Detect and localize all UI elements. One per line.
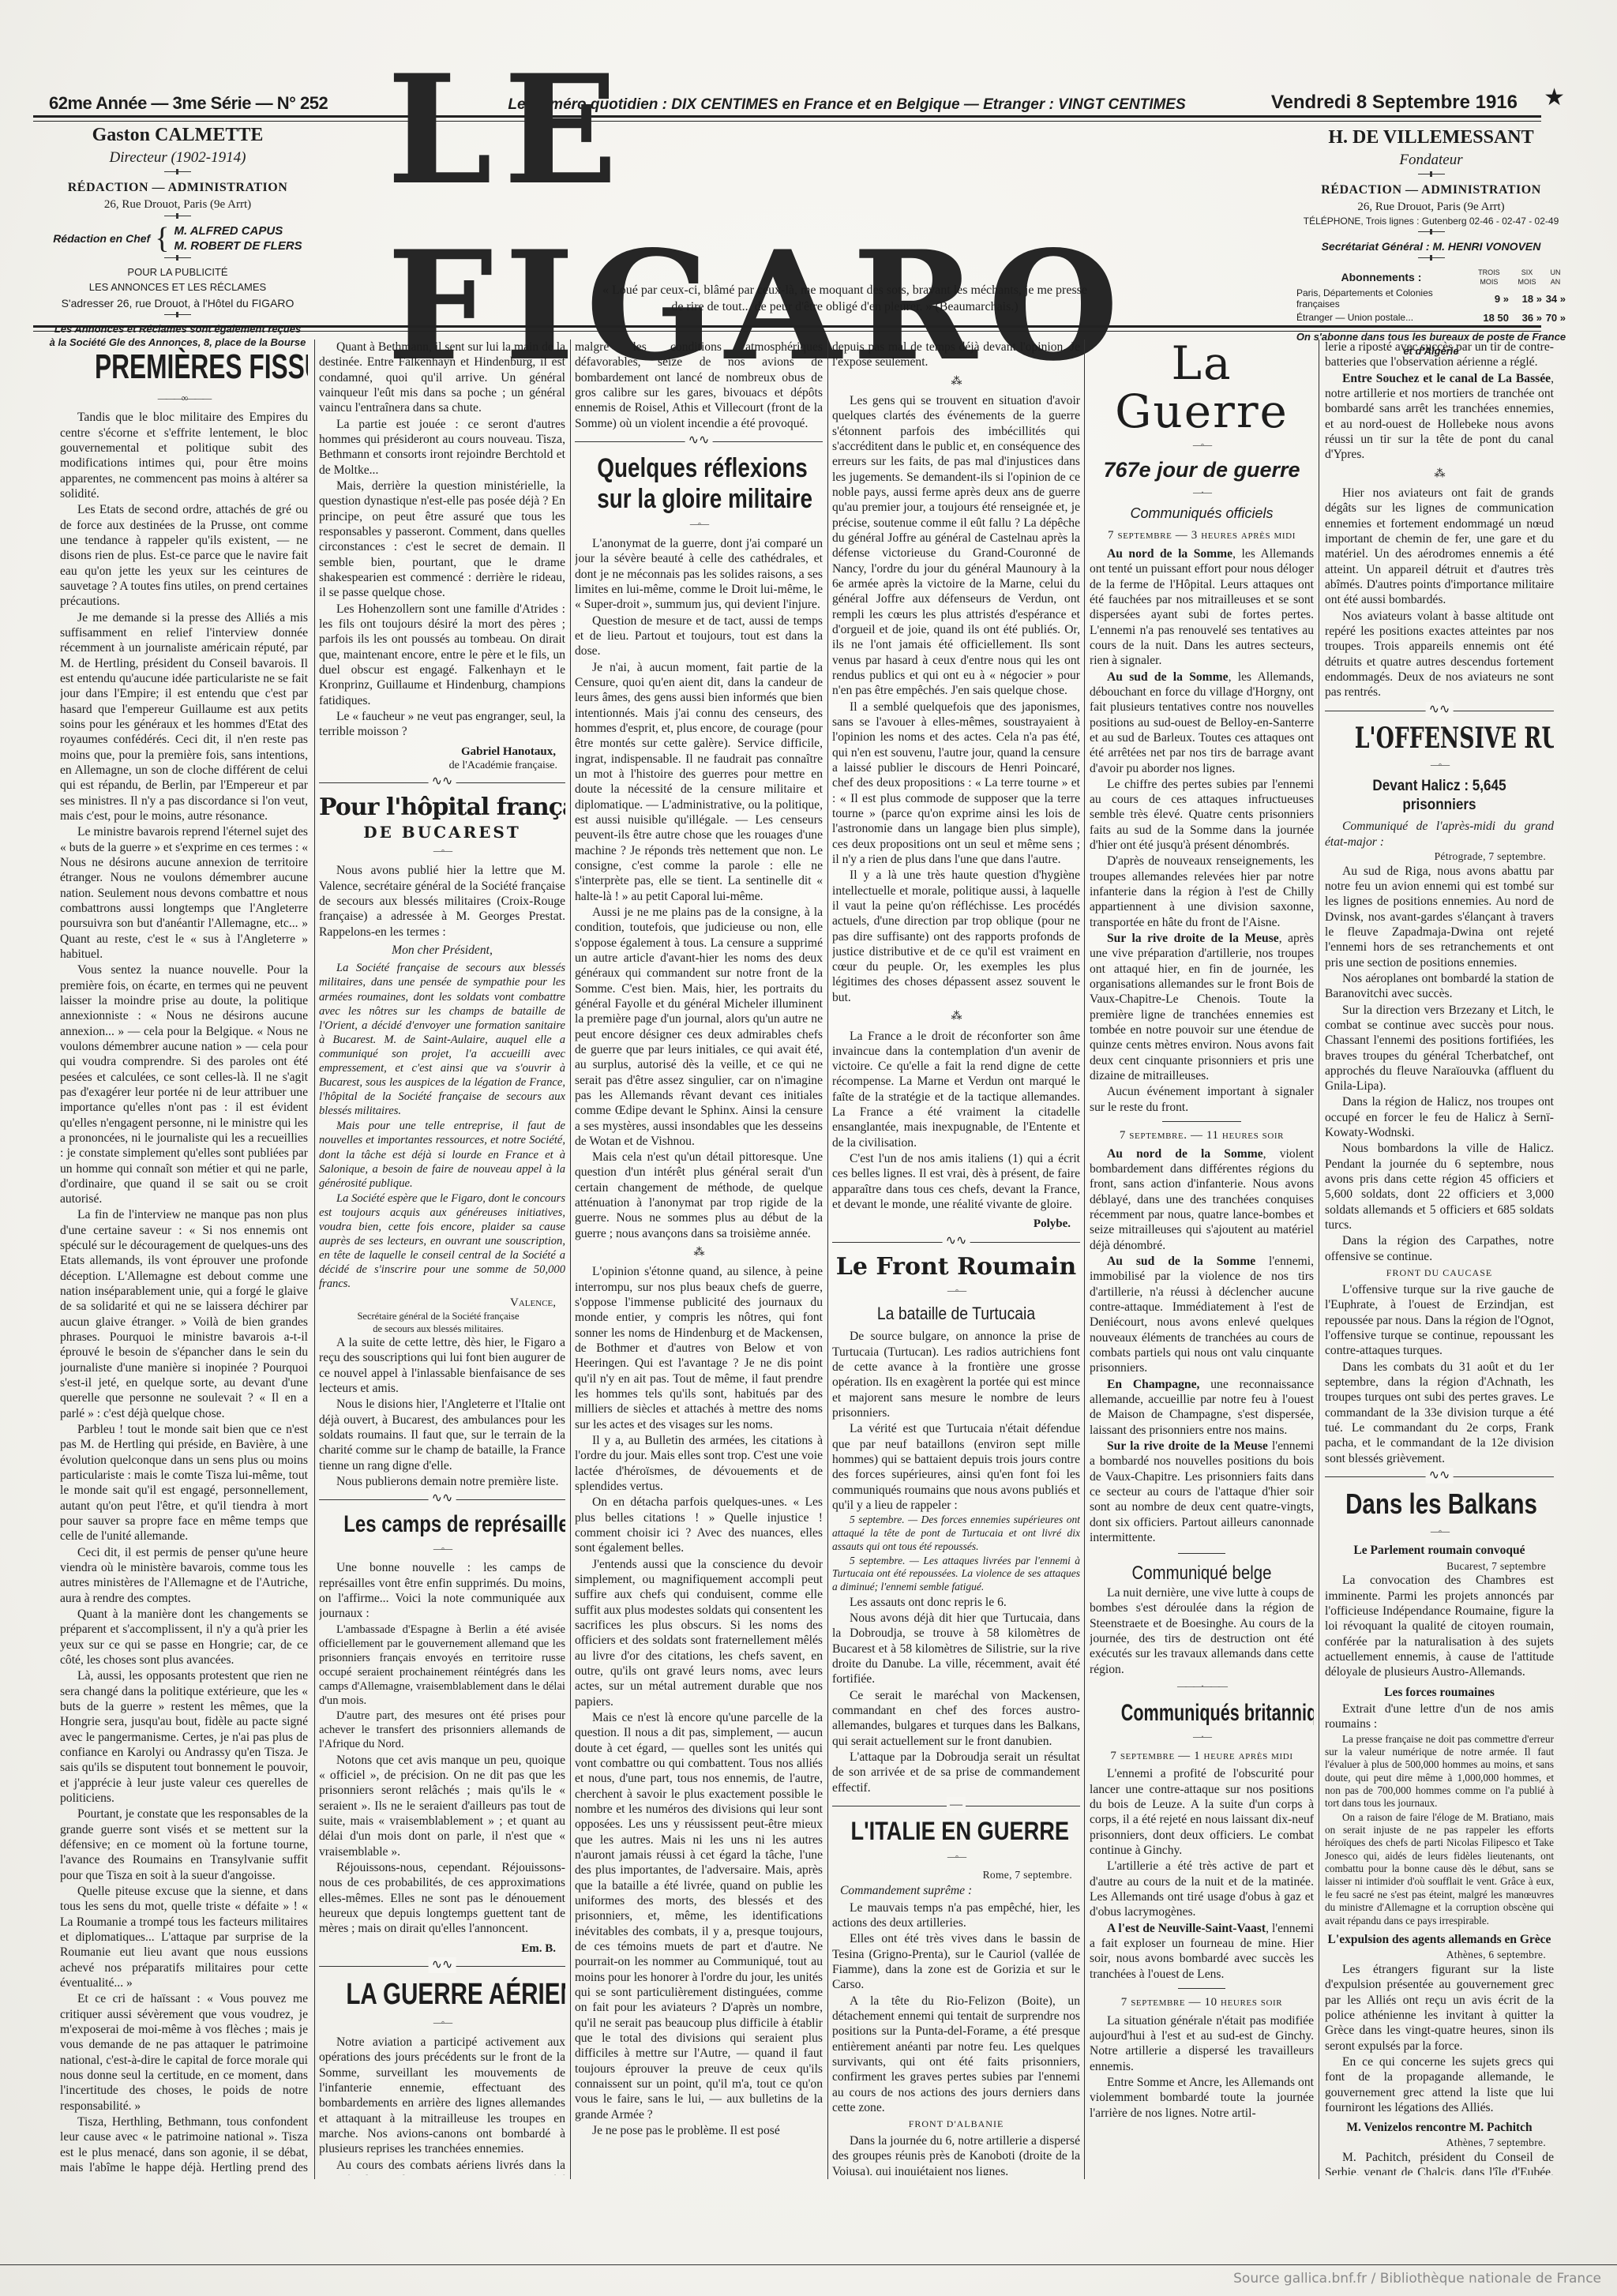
motto-line: « Loué par ceux-ci, blâmé par ceux-là, m… (545, 283, 1145, 299)
letter-salutation: Mon cher Président, (319, 943, 565, 958)
headline-front-roumain: Le Front Roumain (832, 1252, 1080, 1281)
director-name: Gaston CALMETTE (32, 122, 324, 148)
subheadline-bucarest: DE BUCAREST (319, 823, 565, 842)
motto: « Loué par ceux-ci, blâmé par ceux-là, m… (545, 283, 1145, 316)
ornament-divider: —◦— (575, 518, 823, 530)
asterism: ⁂ (575, 1246, 823, 1259)
paragraph-text: , les Allemands, débouchant en force du … (1090, 670, 1314, 775)
founder-role: Fondateur (1295, 150, 1567, 171)
signature-title: de l'Académie française. (319, 759, 565, 772)
ornament-divider: —◦— (832, 1851, 1080, 1863)
subheadline-halicz: Devant Halicz : 5,645 prisonniers (1337, 777, 1543, 814)
signature: Polybe. (832, 1217, 1080, 1232)
paragraph-text: Entre Somme et Ancre, les Allemands ont … (1090, 2076, 1314, 2120)
ornament-divider: —◦— (319, 845, 565, 857)
footer-rule (0, 2264, 1617, 2265)
place-name: Au nord de la Somme (1107, 1147, 1263, 1161)
headline-reflexions-1: Quelques réflexions (597, 453, 800, 484)
ornament-divider: —◦— (319, 1543, 565, 1555)
quoted-note: L'ambassade d'Espagne à Berlin a été avi… (319, 1623, 565, 1709)
dateline: Athènes, 7 septembre. (1325, 2137, 1554, 2150)
secretariat: Secrétariat Général : M. HENRI VONOVEN (1295, 239, 1567, 254)
article-paragraph: Notre aviation a participé activement au… (319, 2035, 565, 2157)
place-name: En Champagne, (1107, 1378, 1199, 1391)
article-paragraph: Les Etats de second ordre, attachés de g… (60, 502, 308, 609)
article-paragraph: Quelle piteuse excuse que la sienne, et … (60, 1884, 308, 1990)
paragraph-text: l'ennemi, immobilisé par la violence de … (1090, 1255, 1314, 1375)
headline-la-guerre: La Guerre (1090, 340, 1314, 436)
table-row: Étranger — Union postale... 18 50 36 » 7… (1295, 310, 1567, 326)
subheadline: L'expulsion des agents allemands en Grèc… (1325, 1932, 1554, 1947)
article-paragraph: Le « faucheur » ne veut pas engranger, s… (319, 709, 565, 740)
brace-icon: { (155, 223, 169, 253)
article-paragraph: De source bulgare, on annonce la prise d… (832, 1329, 1080, 1420)
article-paragraph: Là, aussi, les opposants protestent que … (60, 1668, 308, 1806)
article-paragraph: Dans la journée du 6, notre artillerie a… (832, 2133, 1080, 2175)
masthead-right: H. DE VILLEMESSANT Fondateur RÉDACTION —… (1295, 125, 1567, 358)
day-of-war: 767e jour de guerre (1090, 457, 1314, 483)
dateline: Pétrograde, 7 septembre. (1325, 850, 1554, 864)
article-paragraph: Nos aéroplanes ont bombardé la station d… (1325, 971, 1554, 1002)
article-paragraph: Les Hohenzollern sont une famille d'Atri… (319, 602, 565, 708)
ornament-divider (164, 171, 191, 176)
quoted-note: D'autre part, des mesures ont été prises… (319, 1709, 565, 1751)
italie-intro: Commandement suprême : (840, 1883, 1080, 1898)
article-paragraph: C'est l'un de nos amis italiens (1) qui … (832, 1151, 1080, 1212)
signature: Valence, (319, 1296, 565, 1311)
article-paragraph: Tisza, Herthling, Bethmann, tous confond… (60, 2114, 308, 2175)
section-divider: ∿∿ (1325, 1473, 1554, 1480)
headline-italie: L'ITALIE EN GUERRE (851, 1816, 1062, 1848)
article-paragraph: Quant à la manière dont les changements … (60, 1607, 308, 1668)
official-communiques: Communiqués officiels (1090, 505, 1314, 522)
communique-paragraph: Sur la rive droite de la Meuse l'ennemi … (1090, 1439, 1314, 1545)
article-paragraph: A la tête du Rio-Felizon (Boite), un dét… (832, 1994, 1080, 2116)
article-paragraph: Parbleu ! tout le monde sait bien que ce… (60, 1422, 308, 1544)
ornament-divider (1418, 174, 1445, 178)
headline-offensive-russe: L'OFFENSIVE RUSSE (1355, 721, 1525, 756)
article-paragraph: Tandis que le bloc militaire des Empires… (60, 410, 308, 501)
signature-title: Secrétaire général de la Société françai… (319, 1311, 565, 1323)
communique-intro: Communiqué de l'après-midi du grand état… (1325, 819, 1554, 850)
note-line: Les Annonces et Réclames sont également … (32, 322, 324, 336)
ornament-divider: —◦— (1325, 759, 1554, 771)
issue-date: Vendredi 8 Septembre 1916 (1271, 92, 1518, 114)
place-name: Au sud de la Somme (1107, 1255, 1255, 1268)
article-paragraph: Hier nos aviateurs ont fait de grands dé… (1325, 486, 1554, 608)
communique-paragraph: Aucun événement important à signaler sur… (1090, 1084, 1314, 1115)
founder-name: H. DE VILLEMESSANT (1295, 125, 1567, 150)
column-rule (827, 340, 828, 2179)
chief-name: M. ALFRED CAPUS (174, 223, 302, 239)
source-credit: Source gallica.bnf.fr / Bibliothèque nat… (1233, 2271, 1601, 2287)
article-paragraph: Au sud de Riga, nous avons abattu par no… (1325, 864, 1554, 970)
column-rule (314, 340, 315, 2179)
section-divider: ∿∿ (319, 1962, 565, 1970)
director-role: Directeur (1902-1914) (32, 148, 324, 168)
communique-paragraph: En Champagne, une reconnaissance alleman… (1090, 1377, 1314, 1438)
dateline: Rome, 7 septembre. (832, 1869, 1080, 1882)
communique-paragraph: D'après de nouveaux renseignements, les … (1090, 853, 1314, 930)
article-paragraph: Nous publierons demain notre première li… (319, 1474, 565, 1489)
article-paragraph: Nous le disions hier, l'Angleterre et l'… (319, 1397, 565, 1473)
ornament-divider (164, 257, 191, 262)
paragraph-text: Le chiffre des pertes subies par l'ennem… (1090, 778, 1314, 852)
article-paragraph: Extrait d'une lettre d'un de nos amis ro… (1325, 1701, 1554, 1732)
place-name: Sur la rive droite de la Meuse (1107, 1439, 1268, 1453)
communique-paragraph: La situation générale n'était pas modifi… (1090, 2013, 1314, 2074)
article-paragraph: Au cours des combats aériens livrés dans… (319, 2158, 565, 2175)
ornament-divider (164, 216, 191, 220)
ornament-divider (1418, 257, 1445, 262)
headline-communiques-britanniques: Communiqués britanniques (1121, 1698, 1282, 1728)
article-paragraph: Elles ont été très vives dans le bassin … (832, 1931, 1080, 1992)
headline-balkans: Dans les Balkans (1345, 1487, 1533, 1522)
column-1: PREMIÈRES FISSURES ———∞——— Tandis que le… (60, 340, 308, 2175)
paragraph-text: L'ennemi a profité de l'obscurité pour l… (1090, 1767, 1314, 1857)
place-name: Entre Souchez et le canal de La Bassée (1342, 372, 1551, 385)
price-cell: 34 » (1544, 287, 1567, 310)
communique-paragraph: Au sud de la Somme l'ennemi, immobilisé … (1090, 1254, 1314, 1376)
communique-paragraph: L'ennemi a profité de l'obscurité pour l… (1090, 1766, 1314, 1858)
chief-editors: Rédaction en Chef { M. ALFRED CAPUS M. R… (32, 223, 324, 254)
article-paragraph: Les gens qui se trouvent en situation d'… (832, 393, 1080, 699)
publicity-line: LES ANNONCES ET LES RÉCLAMES (32, 280, 324, 295)
section-divider: ∿∿ (575, 437, 823, 445)
subheadline-turtucaia: La bataille de Turtucaia (847, 1303, 1065, 1324)
communique-time: 7 septembre — 10 heures soir (1090, 1995, 1314, 2010)
paragraph-text: La situation générale n'était pas modifi… (1090, 2014, 1314, 2073)
article-paragraph: Nous bombardons la ville de Halicz. Pend… (1325, 1141, 1554, 1232)
article-paragraph: Réjouissons-nous, cependant. Réjouissons… (319, 1860, 565, 1937)
price-cell: 70 » (1544, 310, 1567, 326)
column-3: malgré les conditions atmosphériques déf… (575, 340, 823, 2175)
article-paragraph: Pourtant, je constate que les responsabl… (60, 1806, 308, 1883)
column-rule (1319, 340, 1319, 2179)
section-divider: ∿∿ (1325, 707, 1554, 715)
paragraph-text: , les Allemands ont tenté un puissant ef… (1090, 547, 1314, 667)
col-header: SIX MOIS (1510, 267, 1544, 287)
communique-paragraph: Sur la rive droite de la Meuse, après un… (1090, 931, 1314, 1083)
table-row: Paris, Départements et Colonies français… (1295, 287, 1567, 310)
place-name: A l'est de Neuville-Saint-Vaast (1107, 1922, 1266, 1935)
masthead-rule (33, 325, 1541, 328)
article-paragraph: L'opinion s'étonne quand, au silence, à … (575, 1264, 823, 1432)
price-cell: 18 50 (1468, 310, 1510, 326)
headline-hopital: Pour l'hôpital français (319, 793, 565, 822)
article-paragraph: Je ne pose pas le problème. Il est posé (575, 2123, 823, 2138)
article-paragraph: Le ministre bavarois reprend l'éternel s… (60, 824, 308, 962)
article-paragraph: Dans la région de Halicz, nos troupes on… (1325, 1094, 1554, 1140)
place-name: Sur la rive droite de la Meuse (1107, 932, 1279, 945)
quoted-letter: La presse française ne doit pas commettr… (1325, 1733, 1554, 1810)
front-label: FRONT D'ALBANIE (832, 2118, 1080, 2130)
short-rule (1162, 1121, 1241, 1122)
paragraph-text: Aucun événement important à signaler sur… (1090, 1085, 1314, 1113)
dateline: Athènes, 6 septembre. (1325, 1949, 1554, 1962)
chief-name: M. ROBERT DE FLERS (174, 238, 302, 254)
subheadline: M. Venizelos rencontre M. Pachitch (1325, 2120, 1554, 2135)
signature-title: de secours aux blessés militaires. (319, 1323, 565, 1336)
section-divider: ∿∿ (832, 1238, 1080, 1246)
article-paragraph: Les étrangers figurant sur la liste d'ex… (1325, 1962, 1554, 2054)
article-paragraph: L'offensive turque sur la rive gauche de… (1325, 1282, 1554, 1359)
article-paragraph: Il y a là une très haute question d'hygi… (832, 868, 1080, 1005)
address: 26, Rue Drouot, Paris (9e Arrt) (32, 197, 324, 212)
article-paragraph: La vérité est que Turtucaia n'était défe… (832, 1421, 1080, 1513)
article-paragraph: Je me demande si la presse des Alliés a … (60, 610, 308, 824)
article-paragraph: La France a le droit de réconforter son … (832, 1029, 1080, 1151)
place-name: Au sud de la Somme (1107, 670, 1229, 684)
communique-paragraph: Au nord de la Somme, les Allemands ont t… (1090, 546, 1314, 669)
ornament-divider: —·— (1090, 1731, 1314, 1743)
article-paragraph: Vous sentez la nuance nouvelle. Pour la … (60, 962, 308, 1206)
article-paragraph: Nous avons déjà dit hier que Turtucaia, … (832, 1611, 1080, 1687)
article-paragraph: Dans les combats du 31 août et du 1er se… (1325, 1360, 1554, 1466)
price-cell: 36 » (1510, 310, 1544, 326)
column-5: La Guerre —◦— 767e jour de guerre —·— Co… (1090, 340, 1314, 2175)
front-label: FRONT DU CAUCASE (1325, 1267, 1554, 1279)
asterism: ⁂ (1325, 467, 1554, 481)
communique-paragraph: lerie a riposté avec succès par un tir d… (1325, 340, 1554, 370)
place-name: Au nord de la Somme (1107, 547, 1232, 561)
article-paragraph: Mais ce n'est là encore qu'une parcelle … (575, 1710, 823, 2122)
communique-paragraph: Entre Souchez et le canal de La Bassée, … (1325, 371, 1554, 463)
article-paragraph: L'attaque par la Dobroudja serait un rés… (832, 1750, 1080, 1795)
chief-label: Rédaction en Chef (53, 231, 150, 246)
paragraph-text: , violent bombardement dans différentes … (1090, 1147, 1314, 1252)
communique-paragraph: Au sud de la Somme, les Allemands, débou… (1090, 670, 1314, 776)
paragraph-text: D'après de nouveaux renseignements, les … (1090, 854, 1314, 929)
headline-camps: Les camps de représailles (343, 1510, 541, 1539)
masthead-left: Gaston CALMETTE Directeur (1902-1914) RÉ… (32, 122, 324, 350)
dept-label: RÉDACTION — ADMINISTRATION (1295, 182, 1567, 199)
article-paragraph: Ceci dit, il est permis de penser qu'une… (60, 1545, 308, 1606)
communique-paragraph: A l'est de Neuville-Saint-Vaast, l'ennem… (1090, 1921, 1314, 1982)
ornament-divider: ———·——— (1090, 1680, 1314, 1692)
dept-label: RÉDACTION — ADMINISTRATION (32, 179, 324, 197)
section-divider: — (832, 1802, 1080, 1810)
article-paragraph: Nos aviateurs volant à basse altitude on… (1325, 609, 1554, 700)
ornament-divider: —◦— (1325, 1525, 1554, 1537)
article-paragraph: Dans la région des Carpathes, notre offe… (1325, 1233, 1554, 1264)
row-label: Étranger — Union postale... (1295, 310, 1468, 326)
letter-paragraph: La Société française de secours aux bles… (319, 961, 565, 1118)
communique-paragraph: Le chiffre des pertes subies par l'ennem… (1090, 777, 1314, 853)
article-paragraph: Il a semblé quelquefois que des japonism… (832, 700, 1080, 868)
subheadline: Les forces roumaines (1325, 1685, 1554, 1700)
section-divider: ∿∿ (319, 778, 565, 786)
article-paragraph: Question de mesure et de tact, aussi de … (575, 613, 823, 659)
star-icon: ★ (1544, 84, 1565, 111)
ornament-divider: —·— (1090, 486, 1314, 498)
communique-quote: 5 septembre. — Les attaques livrées par … (832, 1555, 1080, 1594)
article-paragraph: Sur la direction vers Brzezany et Litch,… (1325, 1003, 1554, 1094)
publicity-line: S'adresser 26, rue Drouot, à l'Hôtel du … (32, 295, 324, 311)
ornament-divider (1418, 231, 1445, 236)
asterism: ⁂ (832, 1010, 1080, 1023)
asterism: ⁂ (832, 375, 1080, 388)
article-paragraph: Il y a, au Bulletin des armées, les cita… (575, 1433, 823, 1494)
price-cell: 9 » (1468, 287, 1510, 310)
quoted-letter: On a raison de faire l'éloge de M. Brati… (1325, 1811, 1554, 1927)
article-paragraph: On en détacha parfois quelques-unes. « L… (575, 1495, 823, 1555)
signature: Em. B. (319, 1941, 565, 1956)
article-paragraph: Le mauvais temps n'a pas empêché, hier, … (832, 1900, 1080, 1931)
article-paragraph: M. Pachitch, président du Conseil de Ser… (1325, 2150, 1554, 2175)
motto-line: de rire de tout... de peur d'être obligé… (545, 299, 1145, 316)
ornament-divider: ———∞——— (60, 392, 308, 404)
article-paragraph: Mais, derrière la question ministérielle… (319, 478, 565, 601)
signature: Gabriel Hanotaux, (319, 745, 565, 760)
phone: TÉLÉPHONE, Trois lignes : Gutenberg 02-4… (1295, 215, 1567, 228)
article-paragraph: Une bonne nouvelle : les camps de représ… (319, 1560, 565, 1621)
column-4: depuis pas mal de temps déjà devant l'op… (832, 340, 1080, 2175)
publicity-line: POUR LA PUBLICITÉ (32, 265, 324, 280)
communique-time: 7 septembre — 3 heures après midi (1090, 528, 1314, 543)
headline-premieres-fissures: PREMIÈRES FISSURES (95, 346, 273, 389)
section-divider: ∿∿ (319, 1495, 565, 1503)
col-header: UN AN (1544, 267, 1567, 287)
article-paragraph: Ce serait le maréchal von Mackensen, com… (832, 1688, 1080, 1749)
col-header: TROIS MOIS (1468, 267, 1510, 287)
article-paragraph: Nous avons publié hier la lettre que M. … (319, 863, 565, 940)
communique-paragraph: L'artillerie a été très active de part e… (1090, 1859, 1314, 1919)
newspaper-page: 62me Année — 3me Série — N° 252 Le Numér… (0, 0, 1617, 2296)
subheadline: Le Parlement roumain convoqué (1325, 1543, 1554, 1558)
article-paragraph: En ce qui concerne les sujets grecs qui … (1325, 2054, 1554, 2115)
headline-reflexions-2: sur la gloire militaire (597, 484, 800, 515)
paragraph-text: l'ennemi a bombardé nos nouvelles positi… (1090, 1439, 1314, 1544)
article-paragraph: La convocation des Chambres est imminent… (1325, 1573, 1554, 1679)
article-paragraph: Mais cela n'est qu'un détail pittoresque… (575, 1150, 823, 1241)
column-rule (570, 340, 571, 2179)
dateline: Bucarest, 7 septembre (1325, 1560, 1554, 1574)
article-paragraph: L'anonymat de la guerre, dont j'ai compa… (575, 536, 823, 613)
article-paragraph: Et ce cri de haïssant : « Vous pouvez me… (60, 1991, 308, 2114)
column-2: Quant à Bethmann, il sent sur lui la mai… (319, 340, 565, 2175)
communique-time: 7 septembre — 1 heure après midi (1090, 1749, 1314, 1764)
ornament-divider: —◦— (319, 2017, 565, 2028)
article-paragraph: Quant à Bethmann, il sent sur lui la mai… (319, 340, 565, 416)
column-rule (1084, 340, 1085, 2179)
paragraph-text: L'artillerie a été très active de part e… (1090, 1859, 1314, 1919)
ornament-divider: —◦— (832, 1285, 1080, 1296)
price-cell: 18 » (1510, 287, 1544, 310)
communique-paragraph: Entre Somme et Ancre, les Allemands ont … (1090, 2075, 1314, 2121)
article-paragraph: Notons que cet avis manque un peu, quoiq… (319, 1753, 565, 1859)
article-paragraph: A la suite de cette lettre, dès hier, le… (319, 1335, 565, 1396)
ornament-divider: —◦— (1090, 439, 1314, 451)
ornament-divider (164, 314, 191, 319)
article-paragraph: J'entends aussi que la conscience du dev… (575, 1557, 823, 1709)
paragraph-text: lerie a riposté avec succès par un tir d… (1325, 340, 1554, 369)
letter-paragraph: La Société espère que le Figaro, dont le… (319, 1191, 565, 1292)
headline-guerre-aerienne: LA GUERRE AÉRIENNE (346, 1976, 538, 2013)
article-paragraph: Je n'ai, à aucun moment, fait partie de … (575, 660, 823, 904)
publicity-info: POUR LA PUBLICITÉ LES ANNONCES ET LES RÉ… (32, 265, 324, 311)
paragraph-text: , après une vive préparation d'artilleri… (1090, 932, 1314, 1082)
short-rule (1178, 1553, 1225, 1554)
communique-quote: 5 septembre. — Des forces ennemies supér… (832, 1514, 1080, 1553)
article-paragraph: La fin de l'interview ne manque pas non … (60, 1207, 308, 1421)
short-rule (1178, 1988, 1225, 1989)
letter-paragraph: Mais pour une telle entreprise, il faut … (319, 1119, 565, 1190)
article-paragraph: Les assauts ont donc repris le 6. (832, 1595, 1080, 1610)
row-label: Paris, Départements et Colonies français… (1295, 287, 1468, 310)
newspaper-title: LE FIGARO (387, 148, 1255, 287)
article-paragraph: depuis pas mal de temps déjà devant l'op… (832, 340, 1080, 370)
article-paragraph: La nuit dernière, une vive lutte à coups… (1090, 1585, 1314, 1677)
article-paragraph: malgré les conditions atmosphériques déf… (575, 340, 823, 431)
communique-time: 7 septembre. — 11 heures soir (1090, 1128, 1314, 1143)
address: 26, Rue Drouot, Paris (9e Arrt) (1295, 199, 1567, 215)
article-paragraph: La partie est jouée : ce seront d'autres… (319, 417, 565, 478)
article-paragraph: Aussi je ne me plains pas de la consigne… (575, 905, 823, 1149)
headline-communique-belge: Communiqué belge (1106, 1562, 1296, 1585)
column-6: lerie a riposté avec succès par un tir d… (1325, 340, 1554, 2175)
subscription-label: Abonnements : (1295, 267, 1468, 287)
communique-paragraph: Au nord de la Somme, violent bombardemen… (1090, 1146, 1314, 1253)
issue-number: 62me Année — 3me Série — N° 252 (49, 93, 328, 114)
